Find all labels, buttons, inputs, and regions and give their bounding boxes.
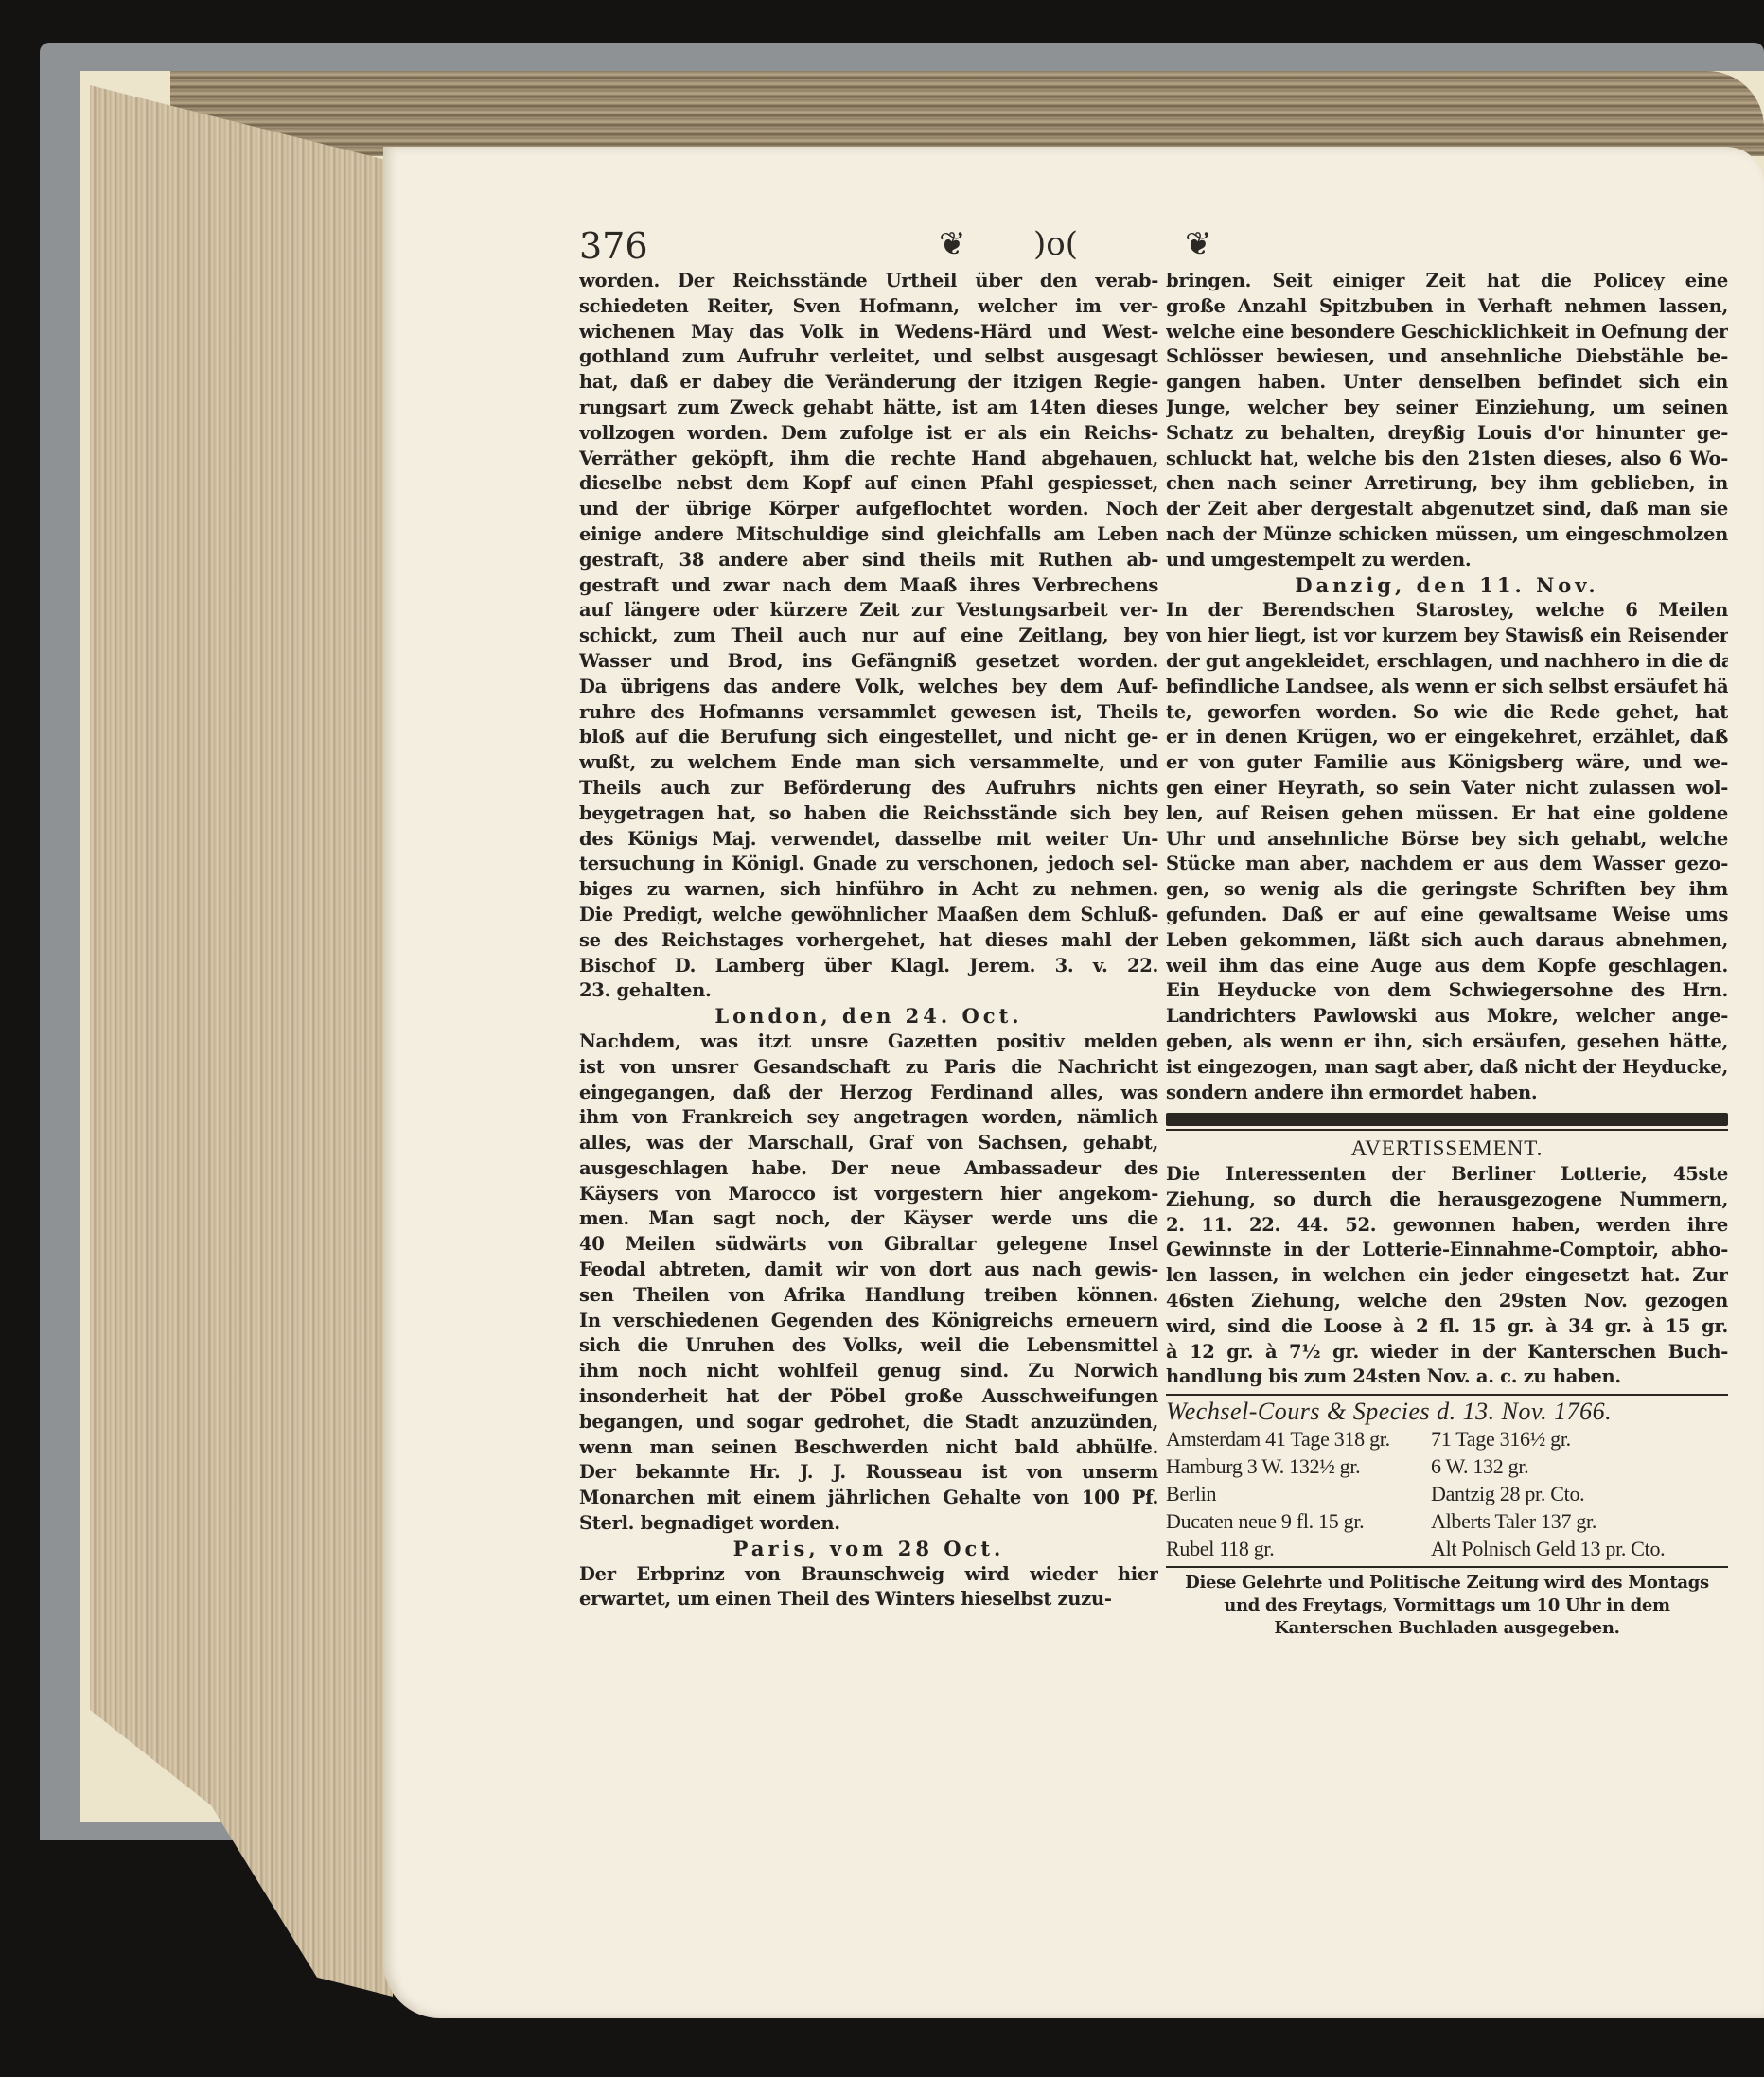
text-line: erwartet, um einen Theil des Winters hie…: [579, 1587, 1158, 1612]
text-line: Sterl. begnadiget worden.: [579, 1511, 1158, 1537]
dateline-danzig: Danzig, den 11. Nov.: [1166, 573, 1728, 599]
page-number: 376: [579, 225, 648, 267]
text-line: biges zu warnen, sich hinführo in Acht z…: [579, 877, 1158, 903]
text-line: eingegangen, daß der Herzog Ferdinand al…: [579, 1081, 1158, 1106]
text-line: ruhre des Hofmanns versammlet gewesen is…: [579, 700, 1158, 726]
text-line: der Zeit aber dergestalt abgenutzet sind…: [1166, 497, 1728, 522]
text-line: 46sten Ziehung, welche den 29sten Nov. g…: [1166, 1289, 1728, 1314]
exchange-rate: Amsterdam 41 Tage 318 gr.: [1166, 1425, 1431, 1452]
text-line: hat, daß er dabey die Veränderung der it…: [579, 370, 1158, 396]
text-line: Theils auch zur Beförderung des Aufruhrs…: [579, 776, 1158, 801]
exchange-row: Amsterdam 41 Tage 318 gr.71 Tage 316½ gr…: [1166, 1425, 1728, 1452]
exchange-rate: Berlin: [1166, 1480, 1431, 1507]
text-line: weil ihm das eine Auge aus dem Kopfe ges…: [1166, 954, 1728, 979]
text-line: ihm noch nicht wohlfeil genug sind. Zu N…: [579, 1359, 1158, 1384]
text-line: à 12 gr. à 7½ gr. wieder in der Kantersc…: [1166, 1340, 1728, 1365]
text-line: wenn man seinen Beschwerden nicht bald a…: [579, 1435, 1158, 1461]
text-line: gen einer Heyrath, so sein Vater nicht z…: [1166, 776, 1728, 801]
text-line: ist eingezogen, man sagt aber, daß nicht…: [1166, 1055, 1728, 1081]
shell-ornament-icon: ❦: [1185, 225, 1212, 263]
footer-line: Diese Gelehrte und Politische Zeitung wi…: [1166, 1572, 1728, 1594]
text-line: vollzogen worden. Dem zufolge ist er als…: [579, 421, 1158, 447]
danzig-report: In der Berendschen Starostey, welche 6 M…: [1166, 598, 1728, 1105]
text-line: In der Berendschen Starostey, welche 6 M…: [1166, 598, 1728, 624]
text-line: gen, so wenig als die geringste Schrifte…: [1166, 877, 1728, 903]
text-line: gothland zum Aufruhr verleitet, und selb…: [579, 344, 1158, 370]
text-line: Ziehung, so durch die herausgezogene Num…: [1166, 1188, 1728, 1213]
text-line: einige andere Mitschuldige sind gleichfa…: [579, 522, 1158, 548]
exchange-row: BerlinDantzig 28 pr. Cto.: [1166, 1480, 1728, 1507]
exchange-rate: Alt Polnisch Geld 13 pr. Cto.: [1431, 1535, 1665, 1562]
text-line: Schatz zu behalten, dreyßig Louis d'or h…: [1166, 421, 1728, 447]
text-line: rungsart zum Zweck gehabt hätte, ist am …: [579, 396, 1158, 421]
text-line: tersuchung in Königl. Gnade zu verschone…: [579, 852, 1158, 877]
exchange-title: Wechsel-Cours & Species d. 13. Nov. 1766…: [1166, 1399, 1728, 1425]
divider: [1166, 1566, 1728, 1568]
left-column: worden. Der Reichsstände Urtheil über de…: [579, 269, 1158, 1612]
text-line: sich die Unruhen des Volks, weil die Leb…: [579, 1333, 1158, 1359]
page-top-edges: [170, 71, 1764, 156]
text-line: wird, sind die Loose à 2 fl. 15 gr. à 34…: [1166, 1314, 1728, 1340]
publication-note: Diese Gelehrte und Politische Zeitung wi…: [1166, 1572, 1728, 1640]
exchange-row: Hamburg 3 W. 132½ gr.6 W. 132 gr.: [1166, 1452, 1728, 1480]
text-line: geben, als wenn er ihn, sich ersäufen, g…: [1166, 1030, 1728, 1055]
exchange-table: Amsterdam 41 Tage 318 gr.71 Tage 316½ gr…: [1166, 1425, 1728, 1562]
text-line: befindliche Landsee, als wenn er sich se…: [1166, 675, 1728, 700]
footer-line: und des Freytags, Vormittags um 10 Uhr i…: [1166, 1594, 1728, 1617]
text-line: Junge, welcher bey seiner Einziehung, um…: [1166, 396, 1728, 421]
text-line: schiedeten Reiter, Sven Hofmann, welcher…: [579, 294, 1158, 320]
text-line: 2. 11. 22. 44. 52. gewonnen haben, werde…: [1166, 1213, 1728, 1239]
text-line: In verschiedenen Gegenden des Königreich…: [579, 1309, 1158, 1334]
text-line: Schlösser bewiesen, und ansehnliche Dieb…: [1166, 344, 1728, 370]
text-line: ist von unsrer Gesandschaft zu Paris die…: [579, 1055, 1158, 1081]
text-line: ihm von Frankreich sey angetragen worden…: [579, 1105, 1158, 1131]
page-header: 376 ❦ )o( ❦: [579, 225, 1753, 273]
text-line: Nachdem, was itzt unsre Gazetten positiv…: [579, 1030, 1158, 1055]
text-line: Der bekannte Hr. J. J. Rousseau ist von …: [579, 1460, 1158, 1486]
exchange-rate: Rubel 118 gr.: [1166, 1535, 1431, 1562]
text-line: welche eine besondere Geschicklichkeit i…: [1166, 320, 1728, 345]
exchange-rate: 6 W. 132 gr.: [1431, 1452, 1528, 1480]
text-line: Landrichters Pawlowski aus Mokre, welche…: [1166, 1004, 1728, 1030]
text-line: Verräther geköpft, ihm die rechte Hand a…: [579, 447, 1158, 472]
text-line: se des Reichstages vorhergehet, hat dies…: [579, 928, 1158, 954]
text-line: Die Interessenten der Berliner Lotterie,…: [1166, 1162, 1728, 1188]
text-line: insonderheit hat der Pöbel große Ausschw…: [579, 1384, 1158, 1410]
dateline-paris: Paris, vom 28 Oct.: [579, 1537, 1158, 1562]
paris-report-continued: bringen. Seit einiger Zeit hat die Polic…: [1166, 269, 1728, 573]
text-line: wußt, zu welchem Ende man sich versammel…: [579, 750, 1158, 776]
text-line: ausgeschlagen habe. Der neue Ambassadeur…: [579, 1156, 1158, 1182]
text-line: große Anzahl Spitzbuben in Verhaft nehme…: [1166, 294, 1728, 320]
text-line: schluckt hat, welche bis den 21sten dies…: [1166, 447, 1728, 472]
text-line: bloß auf die Berufung sich eingestellet,…: [579, 725, 1158, 750]
dateline-london: London, den 24. Oct.: [579, 1004, 1158, 1030]
london-report: Nachdem, was itzt unsre Gazetten positiv…: [579, 1030, 1158, 1537]
exchange-rate: Hamburg 3 W. 132½ gr.: [1166, 1452, 1431, 1480]
text-line: Gewinnste in der Lotterie-Einnahme-Compt…: [1166, 1238, 1728, 1263]
exchange-rate: 71 Tage 316½ gr.: [1431, 1425, 1571, 1452]
text-line: Bischof D. Lamberg über Klagl. Jerem. 3.…: [579, 954, 1158, 979]
text-line: sondern andere ihn ermordet haben.: [1166, 1081, 1728, 1106]
avertissement-body: Die Interessenten der Berliner Lotterie,…: [1166, 1162, 1728, 1390]
paris-report: Der Erbprinz von Braunschweig wird wiede…: [579, 1562, 1158, 1613]
text-line: nach der Münze schicken müssen, um einge…: [1166, 522, 1728, 548]
text-line: Stücke man aber, nachdem er aus dem Wass…: [1166, 852, 1728, 877]
text-line: len, auf Reisen gehen müssen. Er hat ein…: [1166, 801, 1728, 827]
text-line: von hier liegt, ist vor kurzem bey Stawi…: [1166, 624, 1728, 649]
text-line: Uhr und ansehnliche Börse bey sich gehab…: [1166, 827, 1728, 853]
text-line: len lassen, in welchen ein jeder eingese…: [1166, 1263, 1728, 1289]
text-line: Die Predigt, welche gewöhnlicher Maaßen …: [579, 903, 1158, 928]
exchange-row: Rubel 118 gr.Alt Polnisch Geld 13 pr. Ct…: [1166, 1535, 1728, 1562]
text-line: alles, was der Marschall, Graf von Sachs…: [579, 1131, 1158, 1156]
divider: [1166, 1394, 1728, 1396]
text-line: bringen. Seit einiger Zeit hat die Polic…: [1166, 269, 1728, 294]
text-line: begangen, und sogar gedrohet, die Stadt …: [579, 1410, 1158, 1435]
text-line: dieselbe nebst dem Kopf auf einen Pfahl …: [579, 471, 1158, 497]
text-line: gangen haben. Unter denselben befindet s…: [1166, 370, 1728, 396]
right-column: bringen. Seit einiger Zeit hat die Polic…: [1166, 269, 1728, 1640]
text-line: der gut angekleidet, erschlagen, und nac…: [1166, 649, 1728, 675]
text-line: sen Theilen von Afrika Handlung treiben …: [579, 1283, 1158, 1309]
text-line: des Königs Maj. verwendet, dasselbe mit …: [579, 827, 1158, 853]
section-divider-thick: [1166, 1113, 1728, 1126]
text-line: und der übrige Körper aufgeflochtet word…: [579, 497, 1158, 522]
text-line: te, geworfen worden. So wie die Rede geh…: [1166, 700, 1728, 726]
text-line: auf längere oder kürzere Zeit zur Vestun…: [579, 598, 1158, 624]
text-line: Ein Heyducke von dem Schwiegersohne des …: [1166, 978, 1728, 1004]
exchange-row: Ducaten neue 9 fl. 15 gr.Alberts Taler 1…: [1166, 1507, 1728, 1535]
exchange-rate: Dantzig 28 pr. Cto.: [1431, 1480, 1584, 1507]
text-line: wichenen May das Volk in Wedens-Härd und…: [579, 320, 1158, 345]
exchange-rate: Alberts Taler 137 gr.: [1431, 1507, 1596, 1535]
text-line: er in denen Krügen, wo er eingekehret, e…: [1166, 725, 1728, 750]
page-side-edges: [90, 85, 393, 1997]
shell-ornament-icon: ❦: [939, 225, 966, 263]
text-line: Käysers von Marocco ist vorgestern hier …: [579, 1182, 1158, 1207]
text-line: 40 Meilen südwärts von Gibraltar gelegen…: [579, 1232, 1158, 1258]
text-line: gestraft, 38 andere aber sind theils mit…: [579, 548, 1158, 573]
text-line: handlung bis zum 24sten Nov. a. c. zu ha…: [1166, 1364, 1728, 1390]
text-line: schickt, zum Theil auch nur auf eine Zei…: [579, 624, 1158, 649]
exchange-rate: Ducaten neue 9 fl. 15 gr.: [1166, 1507, 1431, 1535]
text-line: 23. gehalten.: [579, 978, 1158, 1004]
section-divider-thin: [1166, 1129, 1728, 1131]
text-line: er von guter Familie aus Königsberg wäre…: [1166, 750, 1728, 776]
text-line: worden. Der Reichsstände Urtheil über de…: [579, 269, 1158, 294]
sweden-report: worden. Der Reichsstände Urtheil über de…: [579, 269, 1158, 1004]
avertissement-title: AVERTISSEMENT.: [1166, 1136, 1728, 1162]
text-line: chen nach seiner Arretirung, bey ihm geb…: [1166, 471, 1728, 497]
text-line: Leben gekommen, läßt sich auch daraus ab…: [1166, 928, 1728, 954]
text-line: gestraft und zwar nach dem Maaß ihres Ve…: [579, 573, 1158, 599]
text-line: Da übrigens das andere Volk, welches bey…: [579, 675, 1158, 700]
text-line: beygetragen hat, so haben die Reichsstän…: [579, 801, 1158, 827]
text-line: men. Man sagt noch, der Käyser werde uns…: [579, 1206, 1158, 1232]
text-line: und umgestempelt zu werden.: [1166, 548, 1728, 573]
crescent-ornament-icon: )o(: [1033, 225, 1078, 263]
text-line: Monarchen mit einem jährlichen Gehalte v…: [579, 1486, 1158, 1511]
text-line: gefunden. Daß er auf eine gewaltsame Wei…: [1166, 903, 1728, 928]
text-line: Wasser und Brod, ins Gefängniß gesetzet …: [579, 649, 1158, 675]
text-line: Der Erbprinz von Braunschweig wird wiede…: [579, 1562, 1158, 1588]
footer-line: Kanterschen Buchladen ausgegeben.: [1166, 1617, 1728, 1640]
text-line: Feodal abtreten, damit wir von dort aus …: [579, 1258, 1158, 1283]
